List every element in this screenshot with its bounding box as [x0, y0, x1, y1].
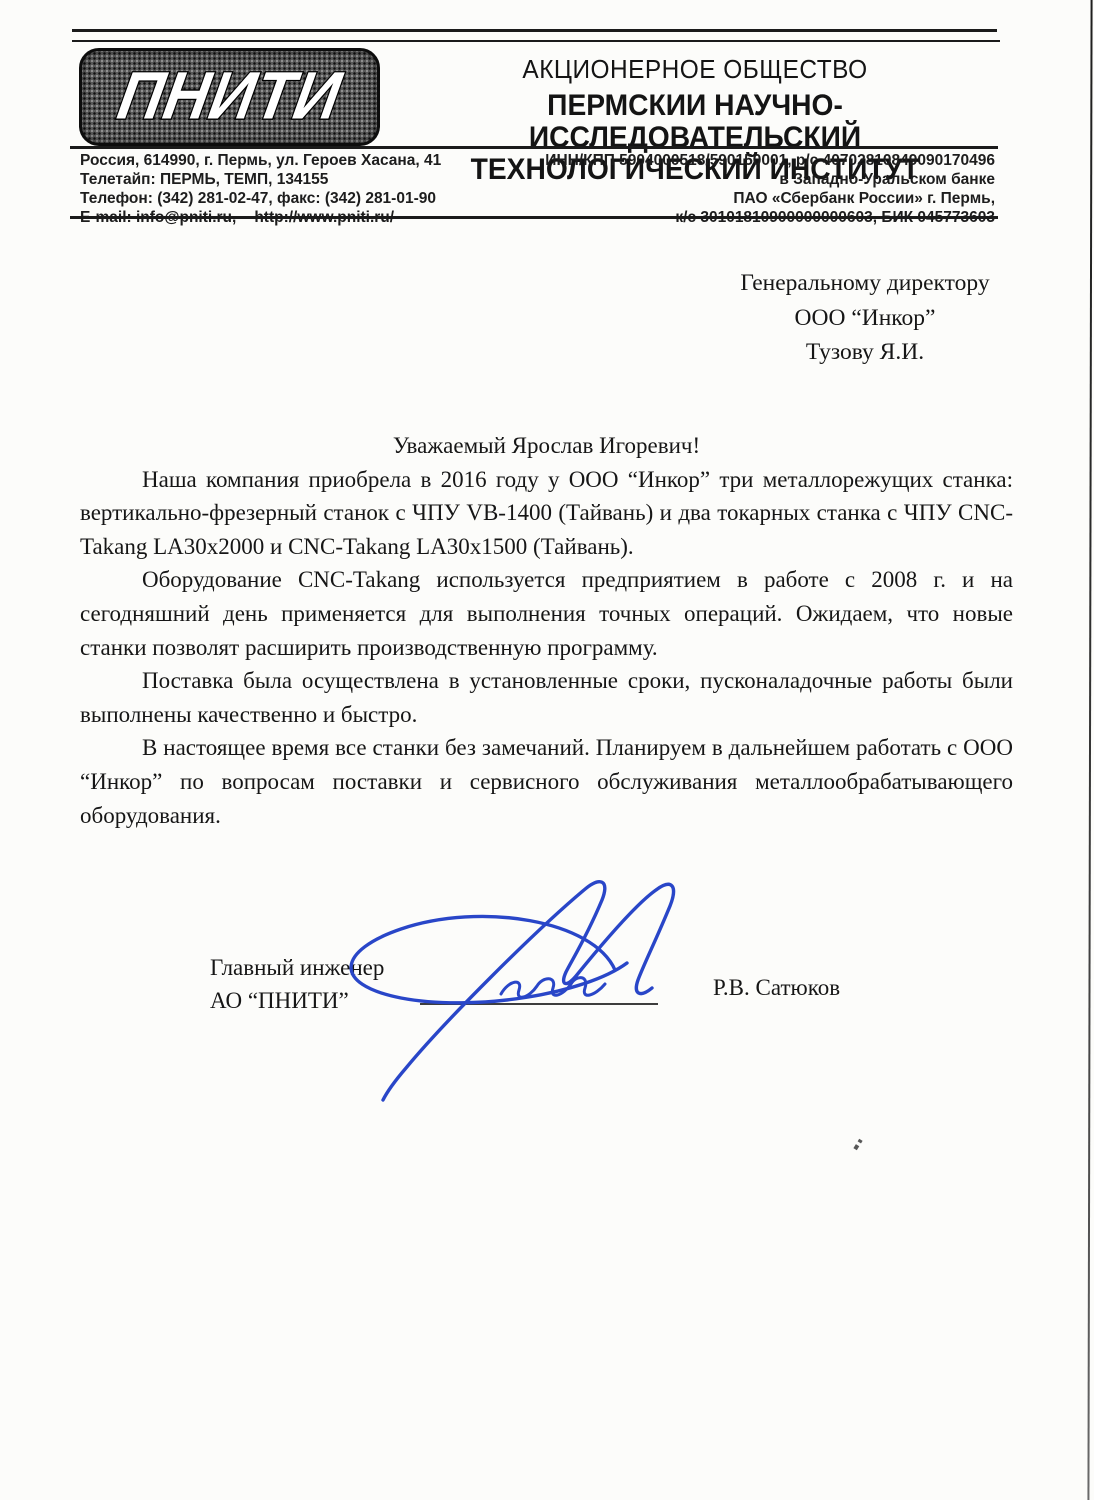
body-paragraph: Наша компания приобрела в 2016 году у ОО…: [80, 463, 1013, 564]
recipient-name: Тузову Я.И.: [700, 335, 1030, 370]
scanned-letter-page: ПНИТИ АКЦИОНЕРНОЕ ОБЩЕСТВО ПЕРМСКИИ НАУЧ…: [0, 0, 1094, 1500]
contacts-divider-line: [70, 216, 998, 219]
header-divider-line: [70, 146, 998, 149]
recipient-position: Генеральному директору: [700, 266, 1030, 301]
scan-speck-artifact: [853, 1139, 862, 1150]
body-paragraph: В настоящее время все станки без замечан…: [80, 731, 1013, 832]
signer-position-block: Главный инженер АО “ПНИТИ”: [210, 951, 384, 1017]
org-name-line1: ПЕРМСКИИ НАУЧНО-ИССЛЕДОВАТЕЛЬСКИЙ: [410, 90, 980, 154]
body-paragraph: Поставка была осуществлена в установленн…: [80, 664, 1013, 731]
body-paragraph: Оборудование CNC-Takang используется пре…: [80, 563, 1013, 664]
pniti-logo-text: ПНИТИ: [113, 64, 346, 131]
salutation: Уважаемый Ярослав Игоревич!: [80, 429, 1013, 463]
letter-body: Уважаемый Ярослав Игоревич! Наша компани…: [80, 429, 1013, 832]
top-border-line-thin: [72, 40, 1000, 42]
pniti-logo: ПНИТИ: [79, 48, 380, 146]
bank-line-1: в Западно-Уральском банке: [495, 170, 995, 189]
teletype-line: Телетайп: ПЕРМЬ, ТЕМП, 134155: [80, 170, 540, 189]
phone-fax-line: Телефон: (342) 281-02-47, факс: (342) 28…: [80, 189, 540, 208]
address-line: Россия, 614990, г. Пермь, ул. Героев Хас…: [80, 151, 540, 170]
bank-line-2: ПАО «Сбербанк России» г. Пермь,: [495, 189, 995, 208]
top-border-line-thick: [72, 29, 997, 32]
org-type: АКЦИОНЕРНОЕ ОБЩЕСТВО: [410, 54, 980, 85]
signer-name: Р.В. Сатюков: [713, 975, 840, 1001]
inn-account-line: ИНН/КПП 5904000518/590150001, р/с 407028…: [495, 151, 995, 170]
recipient-block: Генеральному директору ООО “Инкор” Тузов…: [700, 266, 1030, 370]
signature-line: [420, 985, 658, 1005]
recipient-company: ООО “Инкор”: [700, 301, 1030, 336]
scan-edge-artifact: [1087, 0, 1092, 1500]
signer-position-line1: Главный инженер: [210, 951, 384, 984]
signer-position-line2: АО “ПНИТИ”: [210, 984, 384, 1017]
